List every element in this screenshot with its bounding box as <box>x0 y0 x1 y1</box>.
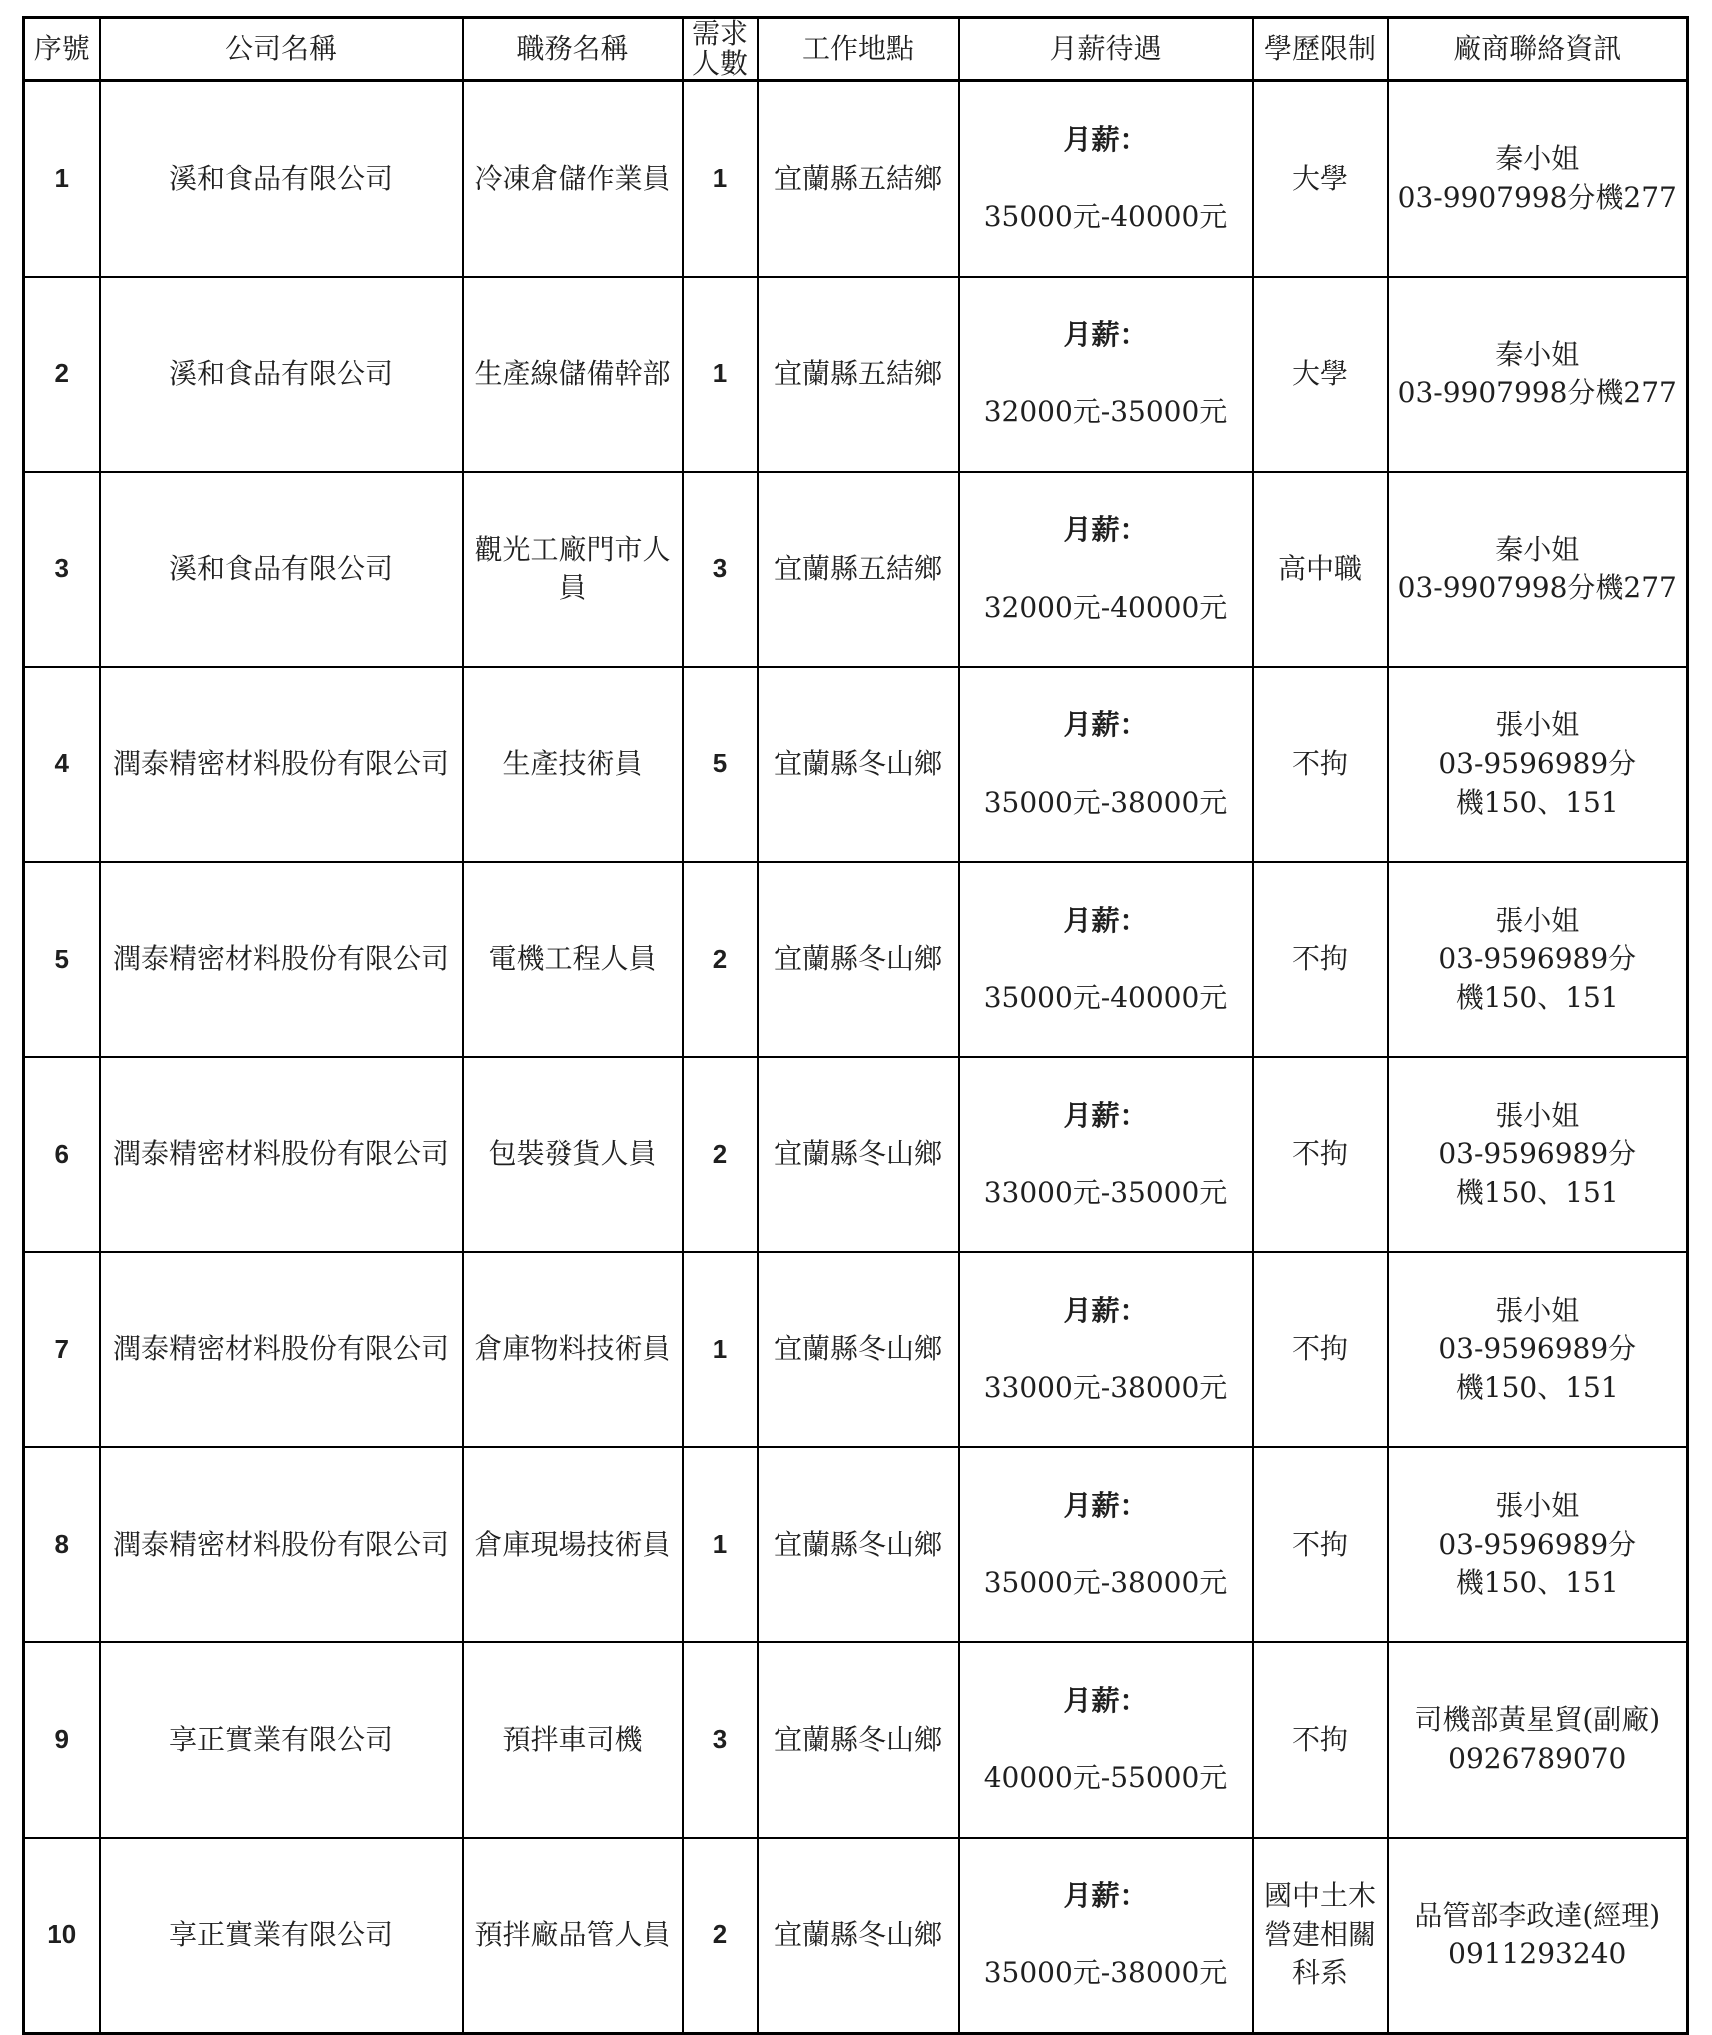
cell-company-name: 溪和食品有限公司 <box>100 472 463 667</box>
cell-serial-number: 4 <box>24 667 100 862</box>
cell-education: 不拘 <box>1253 1642 1388 1837</box>
cell-work-location: 宜蘭縣冬山鄉 <box>758 1642 959 1837</box>
cell-work-location: 宜蘭縣冬山鄉 <box>758 667 959 862</box>
cell-serial-number: 8 <box>24 1447 100 1642</box>
cell-salary: 月薪： 40000元-55000元 <box>959 1642 1253 1837</box>
cell-job-title: 觀光工廠門市人員 <box>463 472 683 667</box>
salary-label: 月薪： <box>968 706 1244 745</box>
cell-contact: 秦小姐 03-9907998分機277 <box>1388 472 1688 667</box>
cell-serial-number: 3 <box>24 472 100 667</box>
column-header-company: 公司名稱 <box>100 18 463 81</box>
cell-serial-number: 2 <box>24 277 100 472</box>
salary-label: 月薪： <box>968 1487 1244 1526</box>
table-row: 9 享正實業有限公司 預拌車司機 3 宜蘭縣冬山鄉 月薪： 40000元-550… <box>24 1642 1688 1837</box>
table-row: 6 潤泰精密材料股份有限公司 包裝發貨人員 2 宜蘭縣冬山鄉 月薪： 33000… <box>24 1057 1688 1252</box>
cell-salary: 月薪： 33000元-38000元 <box>959 1252 1253 1447</box>
salary-label: 月薪： <box>968 316 1244 355</box>
salary-label: 月薪： <box>968 902 1244 941</box>
cell-serial-number: 5 <box>24 862 100 1057</box>
cell-work-location: 宜蘭縣五結鄉 <box>758 472 959 667</box>
cell-job-title: 生產技術員 <box>463 667 683 862</box>
column-header-headcount: 需求 人數 <box>683 18 758 81</box>
cell-job-title: 生產線儲備幹部 <box>463 277 683 472</box>
cell-headcount: 1 <box>683 81 758 277</box>
salary-range: 35000元-38000元 <box>968 1954 1244 1993</box>
cell-contact: 張小姐 03-9596989分 機150、151 <box>1388 1447 1688 1642</box>
cell-company-name: 享正實業有限公司 <box>100 1838 463 2034</box>
cell-contact: 張小姐 03-9596989分 機150、151 <box>1388 1057 1688 1252</box>
table-header: 序號 公司名稱 職務名稱 需求 人數 工作地點 月薪待遇 學歷限制 廠商聯絡資訊 <box>24 18 1688 81</box>
salary-label: 月薪： <box>968 511 1244 550</box>
cell-work-location: 宜蘭縣五結鄉 <box>758 277 959 472</box>
cell-job-title: 包裝發貨人員 <box>463 1057 683 1252</box>
cell-headcount: 3 <box>683 472 758 667</box>
column-header-contact: 廠商聯絡資訊 <box>1388 18 1688 81</box>
salary-range: 40000元-55000元 <box>968 1759 1244 1798</box>
cell-company-name: 潤泰精密材料股份有限公司 <box>100 1057 463 1252</box>
cell-contact: 張小姐 03-9596989分 機150、151 <box>1388 862 1688 1057</box>
cell-education: 大學 <box>1253 81 1388 277</box>
cell-contact: 秦小姐 03-9907998分機277 <box>1388 81 1688 277</box>
cell-contact: 張小姐 03-9596989分 機150、151 <box>1388 667 1688 862</box>
column-header-serial: 序號 <box>24 18 100 81</box>
table-row: 1 溪和食品有限公司 冷凍倉儲作業員 1 宜蘭縣五結鄉 月薪： 35000元-4… <box>24 81 1688 277</box>
cell-company-name: 潤泰精密材料股份有限公司 <box>100 1447 463 1642</box>
cell-job-title: 倉庫物料技術員 <box>463 1252 683 1447</box>
salary-range: 35000元-40000元 <box>968 979 1244 1018</box>
cell-company-name: 溪和食品有限公司 <box>100 81 463 277</box>
cell-salary: 月薪： 35000元-40000元 <box>959 862 1253 1057</box>
cell-salary: 月薪： 32000元-35000元 <box>959 277 1253 472</box>
cell-company-name: 享正實業有限公司 <box>100 1642 463 1837</box>
table-row: 7 潤泰精密材料股份有限公司 倉庫物料技術員 1 宜蘭縣冬山鄉 月薪： 3300… <box>24 1252 1688 1447</box>
salary-label: 月薪： <box>968 1292 1244 1331</box>
cell-company-name: 潤泰精密材料股份有限公司 <box>100 667 463 862</box>
table-row: 10 享正實業有限公司 預拌廠品管人員 2 宜蘭縣冬山鄉 月薪： 35000元-… <box>24 1838 1688 2034</box>
cell-headcount: 2 <box>683 1057 758 1252</box>
cell-headcount: 2 <box>683 1838 758 2034</box>
cell-work-location: 宜蘭縣五結鄉 <box>758 81 959 277</box>
cell-education: 不拘 <box>1253 667 1388 862</box>
cell-education: 不拘 <box>1253 1252 1388 1447</box>
cell-headcount: 1 <box>683 1252 758 1447</box>
cell-salary: 月薪： 35000元-38000元 <box>959 1447 1253 1642</box>
cell-serial-number: 10 <box>24 1838 100 2034</box>
cell-job-title: 倉庫現場技術員 <box>463 1447 683 1642</box>
cell-serial-number: 6 <box>24 1057 100 1252</box>
cell-serial-number: 1 <box>24 81 100 277</box>
cell-contact: 張小姐 03-9596989分 機150、151 <box>1388 1252 1688 1447</box>
salary-label: 月薪： <box>968 1097 1244 1136</box>
salary-range: 33000元-35000元 <box>968 1174 1244 1213</box>
cell-company-name: 潤泰精密材料股份有限公司 <box>100 862 463 1057</box>
cell-headcount: 5 <box>683 667 758 862</box>
cell-contact: 秦小姐 03-9907998分機277 <box>1388 277 1688 472</box>
cell-serial-number: 7 <box>24 1252 100 1447</box>
column-header-job-title: 職務名稱 <box>463 18 683 81</box>
cell-contact: 司機部黃星貿(副廠) 0926789070 <box>1388 1642 1688 1837</box>
salary-range: 32000元-40000元 <box>968 589 1244 628</box>
cell-work-location: 宜蘭縣冬山鄉 <box>758 1447 959 1642</box>
header-row: 序號 公司名稱 職務名稱 需求 人數 工作地點 月薪待遇 學歷限制 廠商聯絡資訊 <box>24 18 1688 81</box>
salary-range: 35000元-40000元 <box>968 198 1244 237</box>
cell-education: 大學 <box>1253 277 1388 472</box>
salary-range: 35000元-38000元 <box>968 1564 1244 1603</box>
cell-education: 不拘 <box>1253 862 1388 1057</box>
cell-serial-number: 9 <box>24 1642 100 1837</box>
cell-headcount: 1 <box>683 277 758 472</box>
cell-work-location: 宜蘭縣冬山鄉 <box>758 862 959 1057</box>
table-row: 2 溪和食品有限公司 生產線儲備幹部 1 宜蘭縣五結鄉 月薪： 32000元-3… <box>24 277 1688 472</box>
salary-range: 35000元-38000元 <box>968 784 1244 823</box>
cell-work-location: 宜蘭縣冬山鄉 <box>758 1838 959 2034</box>
column-header-salary: 月薪待遇 <box>959 18 1253 81</box>
cell-headcount: 3 <box>683 1642 758 1837</box>
table-row: 4 潤泰精密材料股份有限公司 生產技術員 5 宜蘭縣冬山鄉 月薪： 35000元… <box>24 667 1688 862</box>
column-header-location: 工作地點 <box>758 18 959 81</box>
column-header-education: 學歷限制 <box>1253 18 1388 81</box>
salary-range: 32000元-35000元 <box>968 393 1244 432</box>
cell-headcount: 2 <box>683 862 758 1057</box>
cell-salary: 月薪： 35000元-38000元 <box>959 1838 1253 2034</box>
cell-company-name: 溪和食品有限公司 <box>100 277 463 472</box>
cell-education: 不拘 <box>1253 1447 1388 1642</box>
cell-company-name: 潤泰精密材料股份有限公司 <box>100 1252 463 1447</box>
salary-label: 月薪： <box>968 1877 1244 1916</box>
cell-job-title: 電機工程人員 <box>463 862 683 1057</box>
salary-label: 月薪： <box>968 1682 1244 1721</box>
cell-salary: 月薪： 35000元-40000元 <box>959 81 1253 277</box>
cell-work-location: 宜蘭縣冬山鄉 <box>758 1252 959 1447</box>
cell-job-title: 冷凍倉儲作業員 <box>463 81 683 277</box>
salary-range: 33000元-38000元 <box>968 1369 1244 1408</box>
salary-label: 月薪： <box>968 121 1244 160</box>
table-row: 3 溪和食品有限公司 觀光工廠門市人員 3 宜蘭縣五結鄉 月薪： 32000元-… <box>24 472 1688 667</box>
cell-education: 高中職 <box>1253 472 1388 667</box>
cell-job-title: 預拌廠品管人員 <box>463 1838 683 2034</box>
cell-headcount: 1 <box>683 1447 758 1642</box>
cell-job-title: 預拌車司機 <box>463 1642 683 1837</box>
job-listing-table: 序號 公司名稱 職務名稱 需求 人數 工作地點 月薪待遇 學歷限制 廠商聯絡資訊… <box>22 16 1689 2035</box>
cell-salary: 月薪： 32000元-40000元 <box>959 472 1253 667</box>
document-page: 序號 公司名稱 職務名稱 需求 人數 工作地點 月薪待遇 學歷限制 廠商聯絡資訊… <box>0 0 1712 2035</box>
job-table-body: 1 溪和食品有限公司 冷凍倉儲作業員 1 宜蘭縣五結鄉 月薪： 35000元-4… <box>24 81 1688 2033</box>
cell-contact: 品管部李政達(經理) 0911293240 <box>1388 1838 1688 2034</box>
cell-salary: 月薪： 35000元-38000元 <box>959 667 1253 862</box>
table-row: 8 潤泰精密材料股份有限公司 倉庫現場技術員 1 宜蘭縣冬山鄉 月薪： 3500… <box>24 1447 1688 1642</box>
cell-education: 國中土木 營建相關 科系 <box>1253 1838 1388 2034</box>
cell-work-location: 宜蘭縣冬山鄉 <box>758 1057 959 1252</box>
cell-education: 不拘 <box>1253 1057 1388 1252</box>
table-row: 5 潤泰精密材料股份有限公司 電機工程人員 2 宜蘭縣冬山鄉 月薪： 35000… <box>24 862 1688 1057</box>
cell-salary: 月薪： 33000元-35000元 <box>959 1057 1253 1252</box>
